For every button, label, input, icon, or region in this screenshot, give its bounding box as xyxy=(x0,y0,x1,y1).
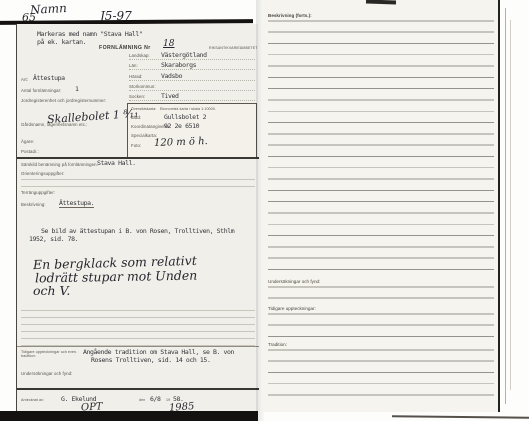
blank-ruled-lines xyxy=(21,304,255,346)
page-edge-line-2 xyxy=(510,20,511,390)
handwritten-description-line3: och V. xyxy=(33,283,70,298)
postadr-label: Postadr.: xyxy=(21,149,39,154)
map-reference-box: Översiktskarta: Ekonomisk karta i skala … xyxy=(127,103,257,159)
benamning-value: Stava Hall. xyxy=(97,159,136,167)
beskrivning-note-line2: 1952, sid. 78. xyxy=(29,235,78,243)
blad-value: Gullsbolet 2 xyxy=(164,113,206,121)
beskrivning-label: Beskrivning: xyxy=(21,202,46,207)
antal-value: 1 xyxy=(75,85,79,93)
beskrivning-forts-ruled-lines xyxy=(268,10,494,272)
section-divider xyxy=(17,157,259,159)
field-landskap: Landskap: Västergötland xyxy=(129,50,255,60)
jordregister-label: Jordregisterenhet och jordregisternummer… xyxy=(21,98,113,103)
date-19-label: 19 xyxy=(166,398,170,402)
beskrivning-note-line1: Se bild av ättestupan i B. von Rosen, Tr… xyxy=(41,227,234,235)
tidigare-ruled-lines xyxy=(268,303,494,339)
left-page: Markeras med namn "Stava Hall" på ek. ka… xyxy=(16,24,258,412)
footer-divider-top xyxy=(17,346,259,347)
orientering-ruled-lines xyxy=(21,173,255,187)
field-harad: Härad: Vadsbo xyxy=(129,71,255,81)
art-value: Ättestupa xyxy=(33,74,65,82)
foto-handwritten-value: 120 m ö h. xyxy=(154,136,208,149)
field-lan: Län: Skaraborgs xyxy=(129,60,255,70)
field-socken: Socken: Tived xyxy=(129,91,255,101)
art-label: Art: xyxy=(21,77,28,82)
right-page: Beskrivning (forts.): Undersökningar och… xyxy=(262,0,500,412)
undersokningar-label: Undersökningar och fynd: xyxy=(21,371,72,376)
oversiktskarta-value: Ekonomisk karta i skala 1:10000. xyxy=(160,107,216,111)
scanned-archive-card: Namn 65 J5-97 Markeras med namn "Stava H… xyxy=(0,0,529,421)
tidigare-text-line2: Rosens Trolltiven, sid. 14 och 15. xyxy=(91,356,210,364)
koordinat-value: 92 2e 6510 xyxy=(164,122,199,130)
bottom-right-scan-mark xyxy=(392,415,529,418)
foto-label: Foto: xyxy=(131,143,141,148)
antal-label: Antal fornlämningar: xyxy=(21,88,61,93)
page-edge-line xyxy=(505,8,506,404)
tidigare-text-line1: Angående tradition om Stava Hall, se B. … xyxy=(83,348,234,356)
field-storkommun: Storkommun: xyxy=(129,81,255,91)
tidigare-label: Tidigare uppteckningar och even. traditi… xyxy=(21,350,81,359)
undersokningar-ruled-lines xyxy=(268,276,494,300)
terrang-label: Terränguppgifter: xyxy=(21,190,55,195)
instruction-line1: Markeras med namn "Stava Hall" xyxy=(37,30,142,38)
footer-divider-bottom xyxy=(17,388,259,390)
tradition-ruled-lines xyxy=(268,339,494,403)
fornlamning-number: 18 xyxy=(163,39,174,49)
beskrivning-value: Ättestupa. xyxy=(59,199,94,208)
date-value: 6/8 xyxy=(150,395,161,403)
instruction-line2: på ek. kartan. xyxy=(37,38,86,46)
agare-label: Ägare: xyxy=(21,139,34,144)
benamning-label: Särskild benämning på fornlämningen: xyxy=(21,162,98,167)
antecknat-label: Antecknat av: xyxy=(21,398,44,402)
date-den-label: den xyxy=(139,398,145,402)
bottom-black-bar xyxy=(0,411,258,421)
